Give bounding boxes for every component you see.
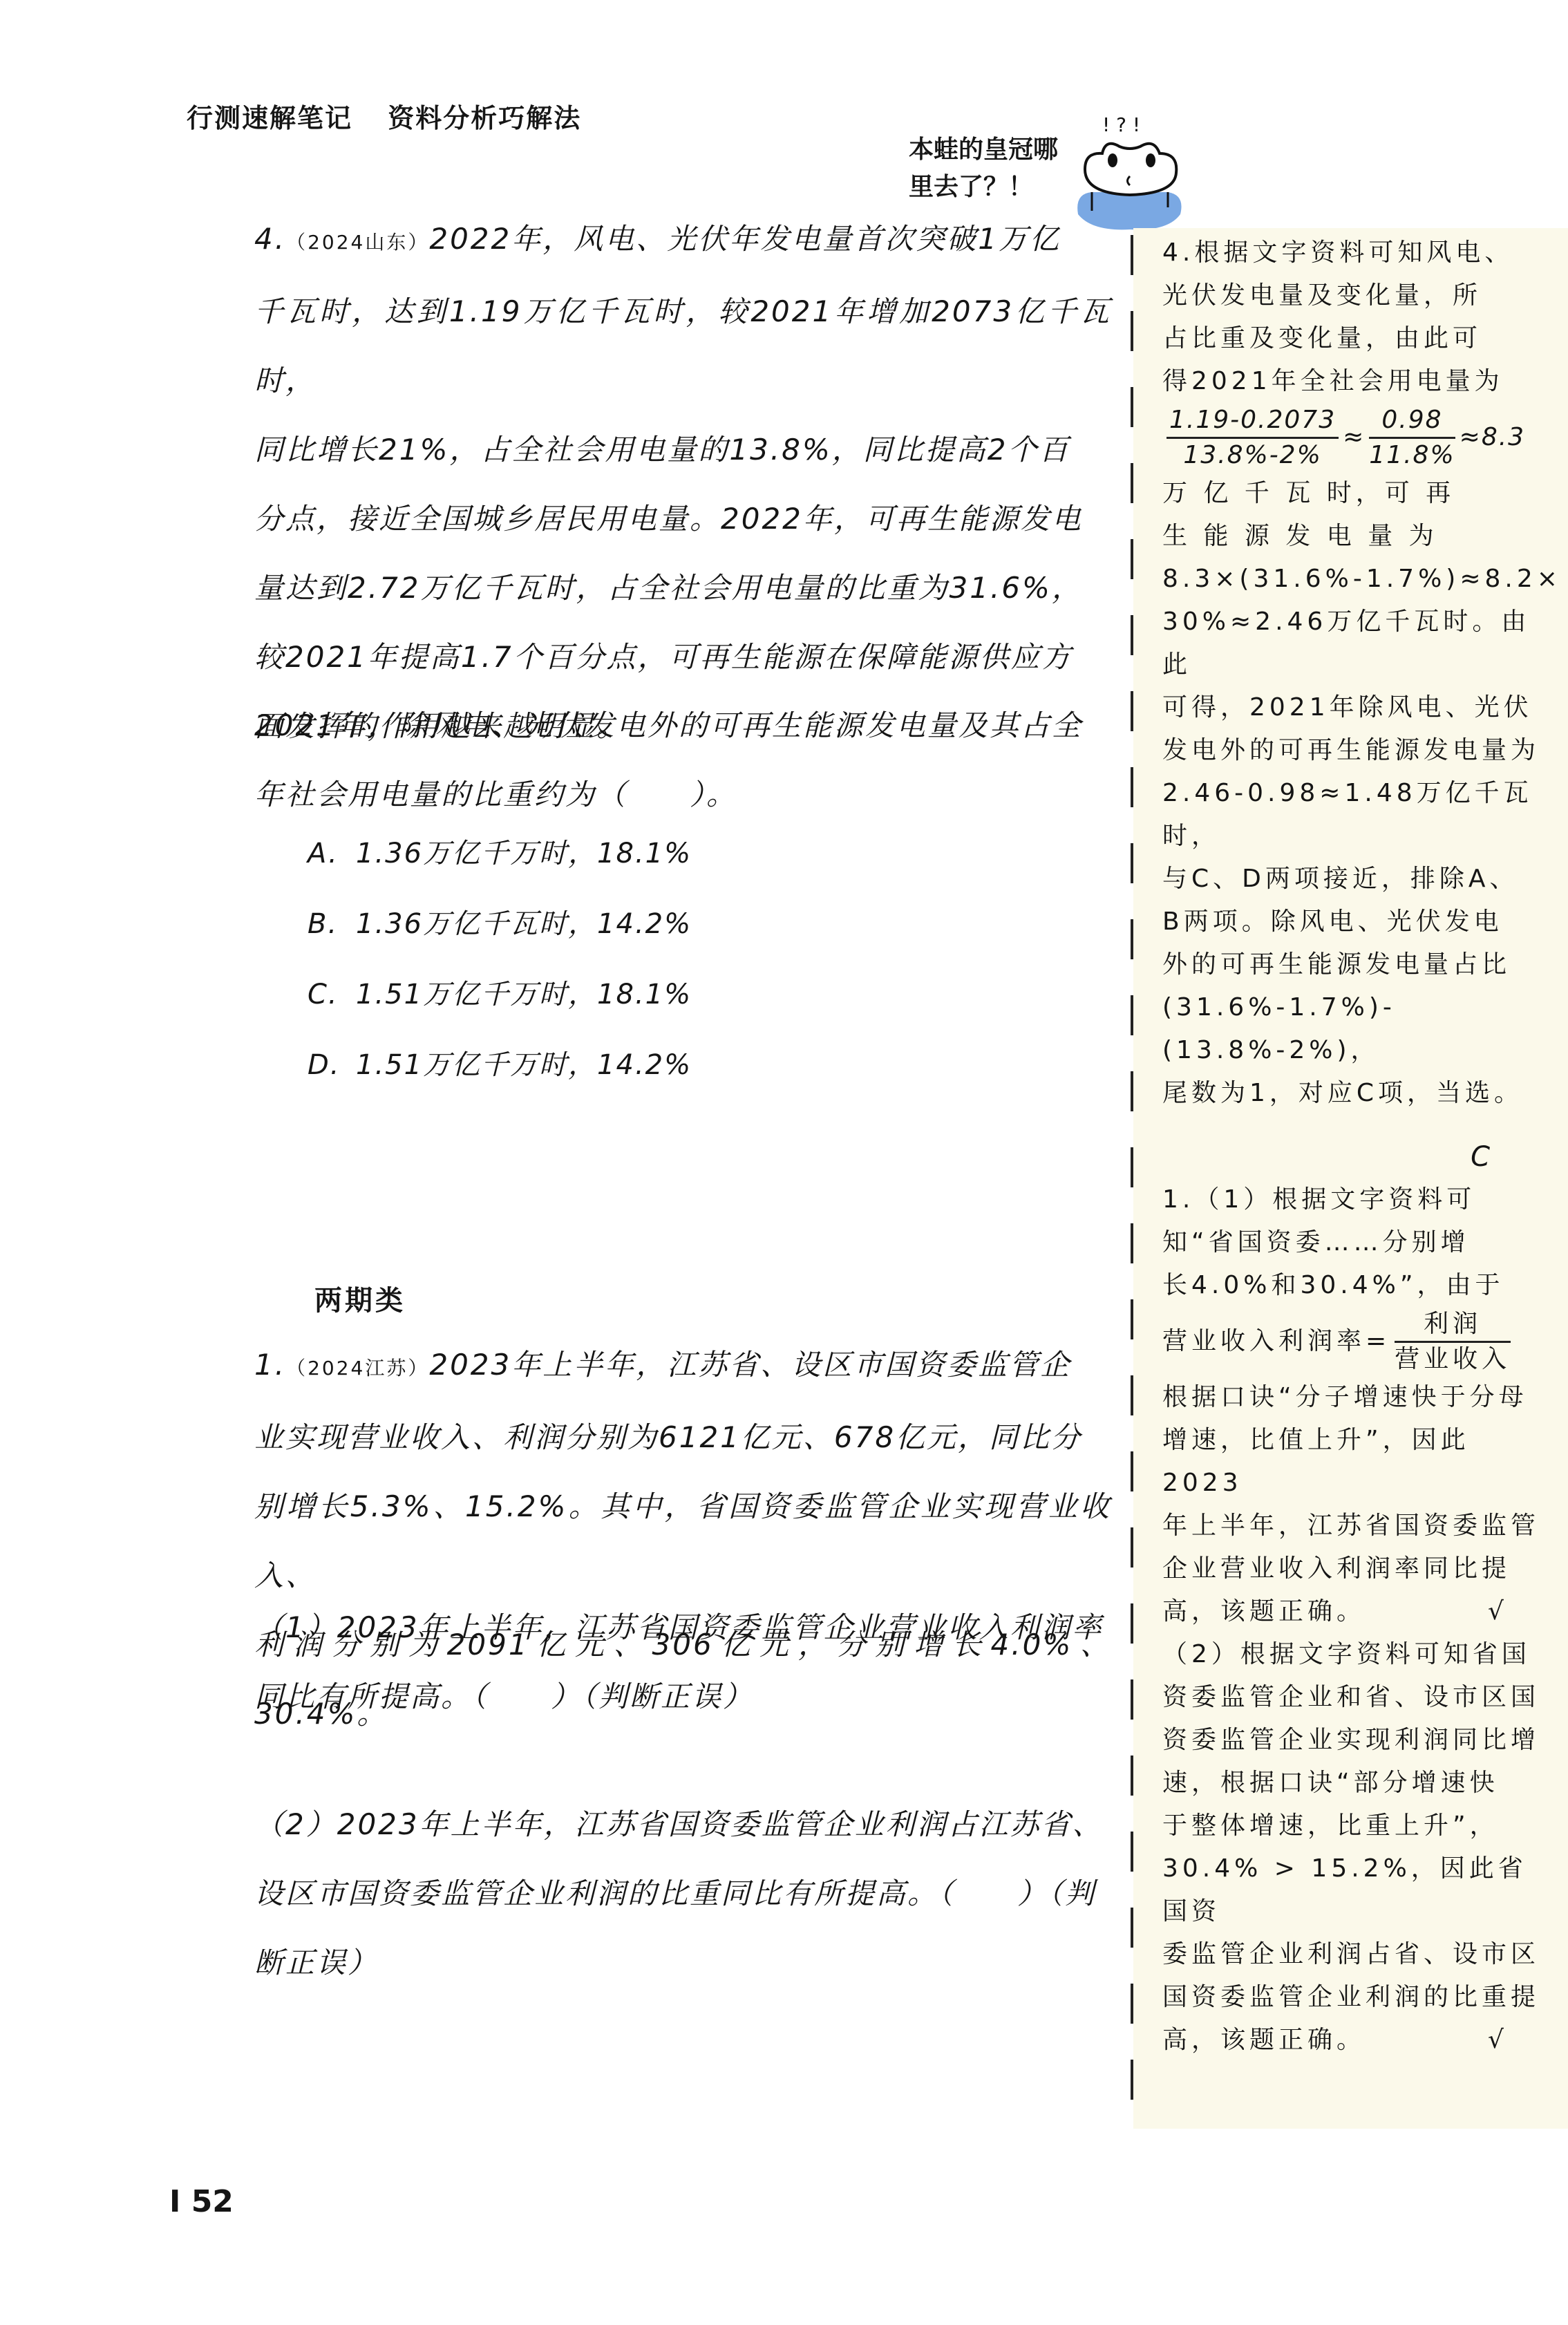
option-d: D.1.51万亿千万时，14.2% xyxy=(308,1037,692,1108)
explanation-line: 得2021年全社会用电量为 xyxy=(1162,360,1549,403)
question-line: 4.（2024山东）2022年，风电、光伏年发电量首次突破1万亿 xyxy=(254,205,1111,277)
question-line: 千瓦时，达到1.19万亿千瓦时，较2021年增加2073亿千瓦时， xyxy=(254,277,1111,415)
book-title: 行测速解笔记 xyxy=(187,103,352,133)
explanation-line: 知“省国资委……分别增 xyxy=(1162,1221,1549,1264)
frog-speech-line2: 里去了？！ xyxy=(909,169,1058,206)
explanation-line: 企业营业收入利润率同比提 xyxy=(1162,1547,1549,1590)
explanation-line: 资委监管企业和省、设市区国 xyxy=(1162,1676,1549,1719)
explanation-line: 发电外的可再生能源发电量为 xyxy=(1162,729,1549,772)
question-source: （2024江苏） xyxy=(286,1357,429,1380)
answer-mark: C xyxy=(1162,1136,1549,1178)
explanation-line: B两项。除风电、光伏发电 xyxy=(1162,901,1549,943)
question-4-ask: 2021年，除风电、光伏发电外的可再生能源发电量及其占全 年社会用电量的比重约为… xyxy=(254,691,1111,829)
question-line: 设区市国资委监管企业利润的比重同比有所提高。（ ）（判 xyxy=(254,1859,1111,1928)
explanation-line: 年上半年，江苏省国资委监管 xyxy=(1162,1505,1549,1547)
fraction: 利润营业收入 xyxy=(1395,1308,1511,1376)
explanation-line: 国资委监管企业利润的比重提 xyxy=(1162,1976,1549,2019)
explanation-line: 根据口诀“分子增速快于分母 xyxy=(1162,1376,1549,1419)
question-line: 同比有所提高。（ ）（判断正误） xyxy=(254,1662,1111,1731)
question-line: （1）2023年上半年，江苏省国资委监管企业营业收入利润率 xyxy=(254,1593,1111,1662)
explanation-line: 占比重及变化量，由此可 xyxy=(1162,317,1549,360)
explanation-line: 于整体增速，比重上升”， xyxy=(1162,1805,1549,1847)
explanation-line: 1.（1）根据文字资料可 xyxy=(1162,1178,1549,1221)
explanation-line: 可得，2021年除风电、光伏 xyxy=(1162,686,1549,729)
question-line: 2021年，除风电、光伏发电外的可再生能源发电量及其占全 xyxy=(254,691,1111,760)
explanation-line: (31.6%-1.7%)-(13.8%-2%)， xyxy=(1162,986,1549,1072)
explanation-line: 4.根据文字资料可知风电、 xyxy=(1162,232,1549,274)
question-line: 同比增长21%，占全社会用电量的13.8%，同比提高2个百 xyxy=(254,415,1111,484)
question-1-part-1: （1）2023年上半年，江苏省国资委监管企业营业收入利润率 同比有所提高。（ ）… xyxy=(254,1593,1111,1731)
explanation-line: 生 能 源 发 电 量 为 xyxy=(1162,515,1549,558)
explanation-line: （2）根据文字资料可知省国 xyxy=(1162,1633,1549,1676)
question-line: 1.（2024江苏）2023年上半年，江苏省、设区市国资委监管企 xyxy=(254,1330,1111,1403)
question-line: 年社会用电量的比重约为（ ）。 xyxy=(254,760,1111,829)
section-title: 两期类 xyxy=(314,1279,406,1318)
answer-options: A.1.36万亿千万时，18.1% B.1.36万亿千瓦时，14.2% C.1.… xyxy=(308,826,692,1108)
question-1-part-2: （2）2023年上半年，江苏省国资委监管企业利润占江苏省、 设区市国资委监管企业… xyxy=(254,1790,1111,1997)
explanation-line: 速，根据口诀“部分增速快 xyxy=(1162,1762,1549,1805)
question-line: 别增长5.3%、15.2%。其中，省国资委监管企业实现营业收入、 xyxy=(254,1472,1111,1610)
explanation-line: 尾数为1，对应C项，当选。 xyxy=(1162,1072,1549,1115)
explanation-line: 资委监管企业实现利润同比增 xyxy=(1162,1719,1549,1762)
question-line: 量达到2.72万亿千瓦时，占全社会用电量的比重为31.6%， xyxy=(254,554,1111,623)
question-source: （2024山东） xyxy=(286,231,429,254)
explanation-line: 高，该题正确。√ xyxy=(1162,1590,1549,1633)
explanation-1: 1.（1）根据文字资料可 知“省国资委……分别增 长4.0%和30.4%”，由于… xyxy=(1162,1178,1549,2062)
question-line: 较2021年提高1.7个百分点，可再生能源在保障能源供应方 xyxy=(254,623,1111,692)
explanation-line: 长4.0%和30.4%”，由于 xyxy=(1162,1264,1549,1307)
explanation-line: 与C、D两项接近，排除A、 xyxy=(1162,858,1549,901)
fraction: 1.19-0.207313.8%-2% xyxy=(1166,404,1339,472)
explanation-line: 增速，比值上升”，因此2023 xyxy=(1162,1419,1549,1505)
check-mark-icon: √ xyxy=(1488,2019,1508,2062)
running-header: 行测速解笔记 资料分析巧解法 xyxy=(187,97,606,135)
explanation-line: 万 亿 千 瓦 时，可 再 xyxy=(1162,472,1549,515)
question-line: 断正误） xyxy=(254,1928,1111,1997)
frog-speech: 本蛙的皇冠哪 里去了？！ xyxy=(909,131,1058,206)
explanation-formula: 1.19-0.207313.8%-2% ≈ 0.9811.8% ≈8.3 xyxy=(1162,403,1549,472)
explanation-line: 8.3×(31.6%-1.7%)≈8.2× xyxy=(1162,558,1549,601)
explanation-line: 2.46-0.98≈1.48万亿千瓦时， xyxy=(1162,772,1549,858)
question-line: 业实现营业收入、利润分别为6121亿元、678亿元，同比分 xyxy=(254,1403,1111,1472)
fraction: 0.9811.8% xyxy=(1369,404,1455,472)
option-c: C.1.51万亿千万时，18.1% xyxy=(308,967,692,1037)
question-line: （2）2023年上半年，江苏省国资委监管企业利润占江苏省、 xyxy=(254,1790,1111,1859)
check-mark-icon: √ xyxy=(1488,1590,1508,1633)
option-b: B.1.36万亿千瓦时，14.2% xyxy=(308,896,692,967)
sidebar-divider xyxy=(1131,235,1133,2115)
svg-text:! ? !: ! ? ! xyxy=(1102,113,1140,136)
frog-speech-line1: 本蛙的皇冠哪 xyxy=(909,131,1058,169)
page-number: I 52 xyxy=(169,2184,234,2219)
explanation-line: 30.4% > 15.2%，因此省国资 xyxy=(1162,1847,1549,1933)
explanation-line: 委监管企业利润占省、设市区 xyxy=(1162,1933,1549,1976)
explanation-line: 外的可再生能源发电量占比 xyxy=(1162,943,1549,986)
explanation-4: 4.根据文字资料可知风电、 光伏发电量及变化量，所 占比重及变化量，由此可 得2… xyxy=(1162,232,1549,1178)
explanation-line: 高，该题正确。√ xyxy=(1162,2019,1549,2062)
explanation-line: 光伏发电量及变化量，所 xyxy=(1162,274,1549,317)
explanation-formula: 营业收入利润率= 利润营业收入 xyxy=(1162,1307,1549,1376)
explanation-line: 30%≈2.46万亿千瓦时。由此 xyxy=(1162,601,1549,686)
question-4-stem: 4.（2024山东）2022年，风电、光伏年发电量首次突破1万亿 千瓦时，达到1… xyxy=(254,205,1111,761)
question-line: 分点，接近全国城乡居民用电量。2022年，可再生能源发电 xyxy=(254,484,1111,554)
option-a: A.1.36万亿千万时，18.1% xyxy=(308,826,692,896)
chapter-title: 资料分析巧解法 xyxy=(388,103,581,133)
